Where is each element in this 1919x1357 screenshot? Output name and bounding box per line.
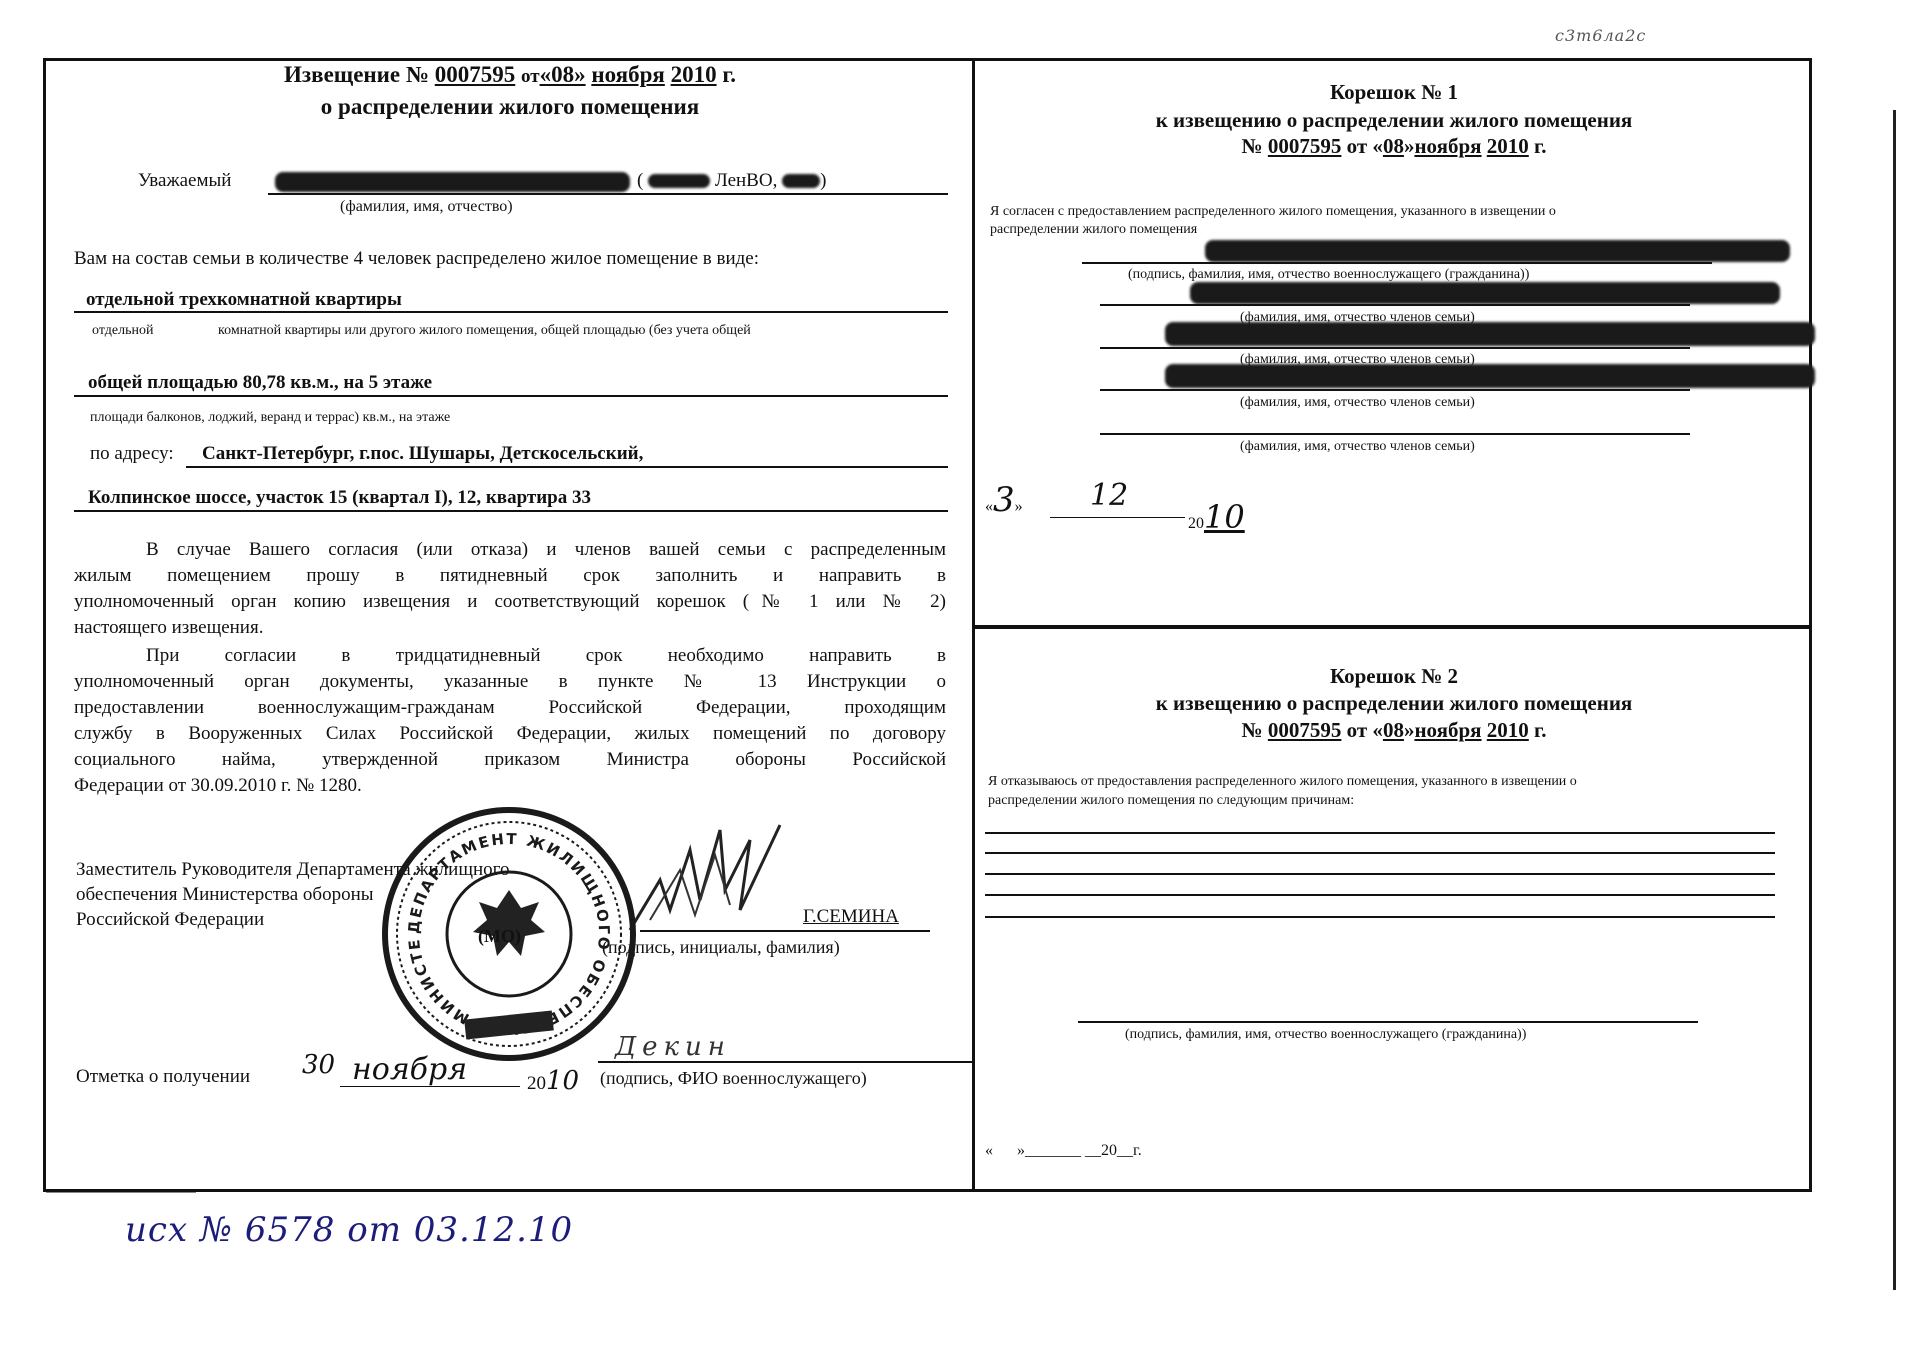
stub1-date-month-underline (1050, 517, 1185, 518)
recipient-suffix: ( ЛенВО, ) (637, 170, 826, 192)
stub2-refusal-text: Я отказываюсь от предоставления распреде… (988, 772, 1577, 810)
area-underline (74, 395, 948, 397)
redacted-family-member-3 (1165, 364, 1815, 388)
stub1-reference: № 0007595 от «08»ноября 2010 г. (976, 134, 1812, 159)
stub2-reference: № 0007595 от «08»ноября 2010 г. (976, 718, 1812, 743)
address-line1: Санкт-Петербург, г.пос. Шушары, Детскосе… (202, 443, 643, 465)
redacted-recipient-name (275, 172, 630, 192)
p1-line: уполномоченный орган копию извещения и с… (74, 589, 946, 615)
stub1-caption-4: (фамилия, имя, отчество членов семьи) (1240, 395, 1475, 411)
recipient-underline (268, 193, 948, 195)
stub2-reason-line-2 (985, 852, 1775, 854)
notice-title: Извещение № 0007595 от«08» ноября 2010 г… (74, 62, 946, 88)
signature-scribble-icon (620, 820, 790, 940)
stub2-subtitle: к извещению о распределении жилого помещ… (976, 691, 1812, 716)
stub2-signature-caption: (подпись, фамилия, имя, отчество военнос… (1125, 1027, 1526, 1043)
stub2-ref-day: 08 (1383, 718, 1404, 742)
stub1-date-open: « (985, 498, 993, 515)
receipt-year: 2010 (527, 1066, 579, 1096)
stub1-line-1 (1082, 262, 1712, 264)
family-sentence: Вам на состав семьи в количестве 4 челов… (74, 248, 759, 270)
stub2-reason-line-1 (985, 832, 1775, 834)
redacted-signatory (1205, 240, 1790, 262)
paren-open: ( (637, 170, 643, 191)
stub2-reason-line-3 (985, 873, 1775, 875)
stub1-ref-number: 0007595 (1268, 134, 1342, 158)
stub1-ref-day: 08 (1383, 134, 1404, 158)
stub1-ref-from: от « (1347, 134, 1383, 158)
stub1-caption-5: (фамилия, имя, отчество членов семьи) (1240, 439, 1475, 455)
stub2-ref-from: от « (1347, 718, 1383, 742)
notice-title-prefix: Извещение № (284, 62, 429, 87)
redacted-rank (648, 174, 710, 188)
stub1-ref-month: ноября (1414, 134, 1481, 158)
p2-line: социального найма, утвержденной приказом… (74, 747, 946, 773)
housing-caption-right: комнатной квартиры или другого жилого по… (218, 323, 751, 339)
p2-line: При согласии в тридцатидневный срок необ… (74, 643, 946, 669)
top-scribble: с3т6ла2с (1555, 26, 1646, 45)
stub1-ref-prefix: № (1242, 134, 1263, 158)
receipt-signature: Декин (615, 1032, 731, 1062)
stub2-ref-prefix: № (1242, 718, 1263, 742)
notice-year: 2010 (671, 62, 717, 87)
address-label: по адресу: (90, 443, 174, 465)
receipt-label: Отметка о получении (76, 1066, 250, 1088)
redacted-family-member-1 (1190, 282, 1780, 304)
recipient-caption: (фамилия, имя, отчество) (340, 198, 513, 216)
stub2-ref-close: » (1404, 718, 1415, 742)
receipt-day: 30 (302, 1050, 335, 1080)
stub1-consent-line1: Я согласен с предоставлением распределен… (990, 203, 1556, 221)
address-underline2 (74, 510, 948, 512)
notice-year-suffix: г. (722, 62, 736, 87)
signer-name: Г.СЕМИНА (803, 906, 899, 928)
stub1-date-year-prefix: 20 (1188, 515, 1204, 532)
stub1-title: Корешок № 1 (976, 80, 1812, 105)
p2-line: предоставлении военнослужащим-гражданам … (74, 695, 946, 721)
notice-subtitle: о распределении жилого помещения (74, 94, 946, 120)
stub2-ref-month: ноября (1414, 718, 1481, 742)
stub1-date-close: » (1015, 498, 1023, 515)
stub2-title: Корешок № 2 (976, 664, 1812, 689)
notice-month: ноября (591, 62, 665, 87)
stub-divider (972, 625, 1812, 629)
stub1-date-year: 2010 (1188, 498, 1245, 536)
stub1-line-5 (1100, 433, 1690, 435)
notice-day: «08» (540, 62, 586, 87)
stub1-line-3 (1100, 347, 1690, 349)
instruction-paragraph-1: В случае Вашего согласия (или отказа) и … (74, 537, 946, 641)
stub1-date-year-hand: 10 (1204, 498, 1245, 536)
area-value: общей площадью 80,78 кв.м., на 5 этаже (88, 372, 432, 394)
stub1-date-day: 3 (993, 480, 1015, 520)
p1-line: настоящего извещения. (74, 615, 946, 641)
receipt-caption: (подпись, ФИО военнослужащего) (600, 1068, 867, 1089)
stub2-date: « »_______ __20__г. (985, 1142, 1142, 1160)
address-line2: Колпинское шоссе, участок 15 (квартал I)… (88, 487, 591, 509)
stub2-refusal-line2: распределении жилого помещения по следую… (988, 791, 1577, 810)
stub1-subtitle: к извещению о распределении жилого помещ… (976, 108, 1812, 133)
stub1-ref-year: 2010 (1487, 134, 1529, 158)
stub2-refusal-line1: Я отказываюсь от предоставления распреде… (988, 772, 1577, 791)
stub2-reason-line-4 (985, 894, 1775, 896)
notice-from: от (521, 66, 540, 87)
receipt-signature-underline (598, 1061, 974, 1063)
stub1-ref-close: » (1404, 134, 1415, 158)
p1-line: жилым помещением прошу в пятидневный сро… (74, 563, 946, 589)
stub2-ref-number: 0007595 (1268, 718, 1342, 742)
receipt-year-prefix: 20 (527, 1073, 546, 1094)
redacted-unit (782, 174, 820, 188)
stub1-ref-suffix: г. (1534, 134, 1546, 158)
stub1-consent-text: Я согласен с предоставлением распределен… (990, 203, 1556, 239)
stub2-ref-suffix: г. (1534, 718, 1546, 742)
notice-number: 0007595 (435, 62, 516, 87)
stub2-reason-line-5 (985, 916, 1775, 918)
outgoing-note: исх № 6578 от 03.12.10 (125, 1210, 573, 1250)
housing-caption-left: отдельной (92, 323, 153, 339)
area-caption: площади балконов, лоджий, веранд и терра… (90, 410, 450, 426)
instruction-paragraph-2: При согласии в тридцатидневный срок необ… (74, 643, 946, 799)
receipt-month-underline (340, 1086, 520, 1087)
recipient-district: ЛенВО, (715, 170, 778, 191)
scan-edge-line (1893, 110, 1896, 1290)
stub1-line-4 (1100, 389, 1690, 391)
address-underline1 (186, 466, 948, 468)
stub1-date-month: 12 (1090, 478, 1128, 513)
housing-type: отдельной трехкомнатной квартиры (86, 289, 402, 311)
receipt-year-hand: 10 (546, 1066, 579, 1096)
housing-underline (74, 311, 948, 313)
p1-line: В случае Вашего согласия (или отказа) и … (74, 537, 946, 563)
stub1-caption-1: (подпись, фамилия, имя, отчество военнос… (1128, 267, 1529, 283)
stub2-signature-line (1078, 1021, 1698, 1023)
stamp-center-text: (МО) (478, 926, 521, 947)
p2-line: Федерации от 30.09.2010 г. № 1280. (74, 773, 946, 799)
p2-line: уполномоченный орган документы, указанны… (74, 669, 946, 695)
stub2-ref-year: 2010 (1487, 718, 1529, 742)
p2-line: службу в Вооруженных Силах Российской Фе… (74, 721, 946, 747)
paren-close: ) (820, 170, 826, 191)
stub1-date: «3» (985, 480, 1023, 520)
redacted-family-member-2 (1165, 322, 1815, 346)
receipt-month: ноября (352, 1052, 467, 1087)
scan-artifact-line (46, 1192, 196, 1193)
stub1-line-2 (1100, 304, 1690, 306)
stub1-consent-line2: распределении жилого помещения (990, 221, 1556, 239)
salutation-label: Уважаемый (138, 170, 231, 192)
